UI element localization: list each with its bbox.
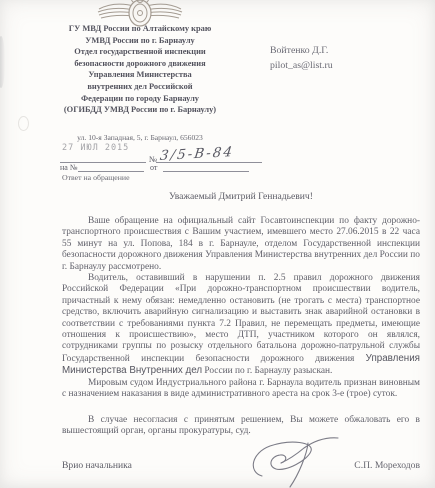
org-line: безопасности дорожного движения xyxy=(38,58,242,70)
from-underline xyxy=(163,171,249,172)
paragraph-4: В случае несогласия с принятым решением,… xyxy=(62,415,420,438)
org-line: УМВД России по г. Барнаулу xyxy=(38,35,242,47)
recipient-name: Войтенко Д.Г. xyxy=(270,43,420,58)
scan-spot-artifact xyxy=(18,116,29,131)
scan-edge-artifact xyxy=(0,36,5,88)
signer-name: С.П. Мореходов xyxy=(354,460,420,471)
letterhead-address: ул. 10-я Западная, 5, г. Барнаул, 656023 xyxy=(38,133,242,142)
signer-position: Врио начальника xyxy=(62,460,132,471)
recipient-block: Войтенко Д.Г. pilot_as@list.ru xyxy=(270,43,420,73)
org-line: Управления Министерства xyxy=(38,69,242,81)
paragraph-2-tail: России по г. Барнаулу разыскан. xyxy=(202,366,332,376)
org-line: Отдел государственной инспекции xyxy=(38,46,242,58)
handwritten-doc-number: 3/5-В-84 xyxy=(159,144,235,164)
date-stamp: 27 ИЮЛ 2015 xyxy=(62,143,129,154)
ref-underline xyxy=(78,171,144,172)
number-underline xyxy=(156,162,262,163)
paragraph-2-text: Водитель, оставивший в нарушении п. 2.5 … xyxy=(62,273,420,364)
subject-line: Ответ на обращение xyxy=(62,173,130,182)
org-line: (ОГИБДД УМВД России по г. Барнаулу) xyxy=(38,104,242,116)
salutation: Уважаемый Дмитрий Геннадьевич! xyxy=(62,191,420,202)
paragraph-1: Ваше обращение на официальный сайт Госав… xyxy=(62,216,420,273)
ref-number-label: на № xyxy=(60,163,77,172)
org-line: ГУ МВД России по Алтайскому краю xyxy=(38,23,242,35)
scanned-letter-page: ГУ МВД России по Алтайскому краю УМВД Ро… xyxy=(0,0,435,488)
recipient-email: pilot_as@list.ru xyxy=(270,58,420,73)
from-label: от xyxy=(150,163,157,172)
paragraph-2: Водитель, оставивший в нарушении п. 2.5 … xyxy=(62,273,420,378)
org-line: внутренних дел Российской xyxy=(38,81,242,93)
org-line: Федерации по городу Барнаулу xyxy=(38,93,242,105)
handwritten-signature-icon xyxy=(246,436,342,488)
letterhead-org-block: ГУ МВД России по Алтайскому краю УМВД Ро… xyxy=(38,23,242,116)
paragraph-3: Мировым судом Индустриального района г. … xyxy=(62,378,420,401)
